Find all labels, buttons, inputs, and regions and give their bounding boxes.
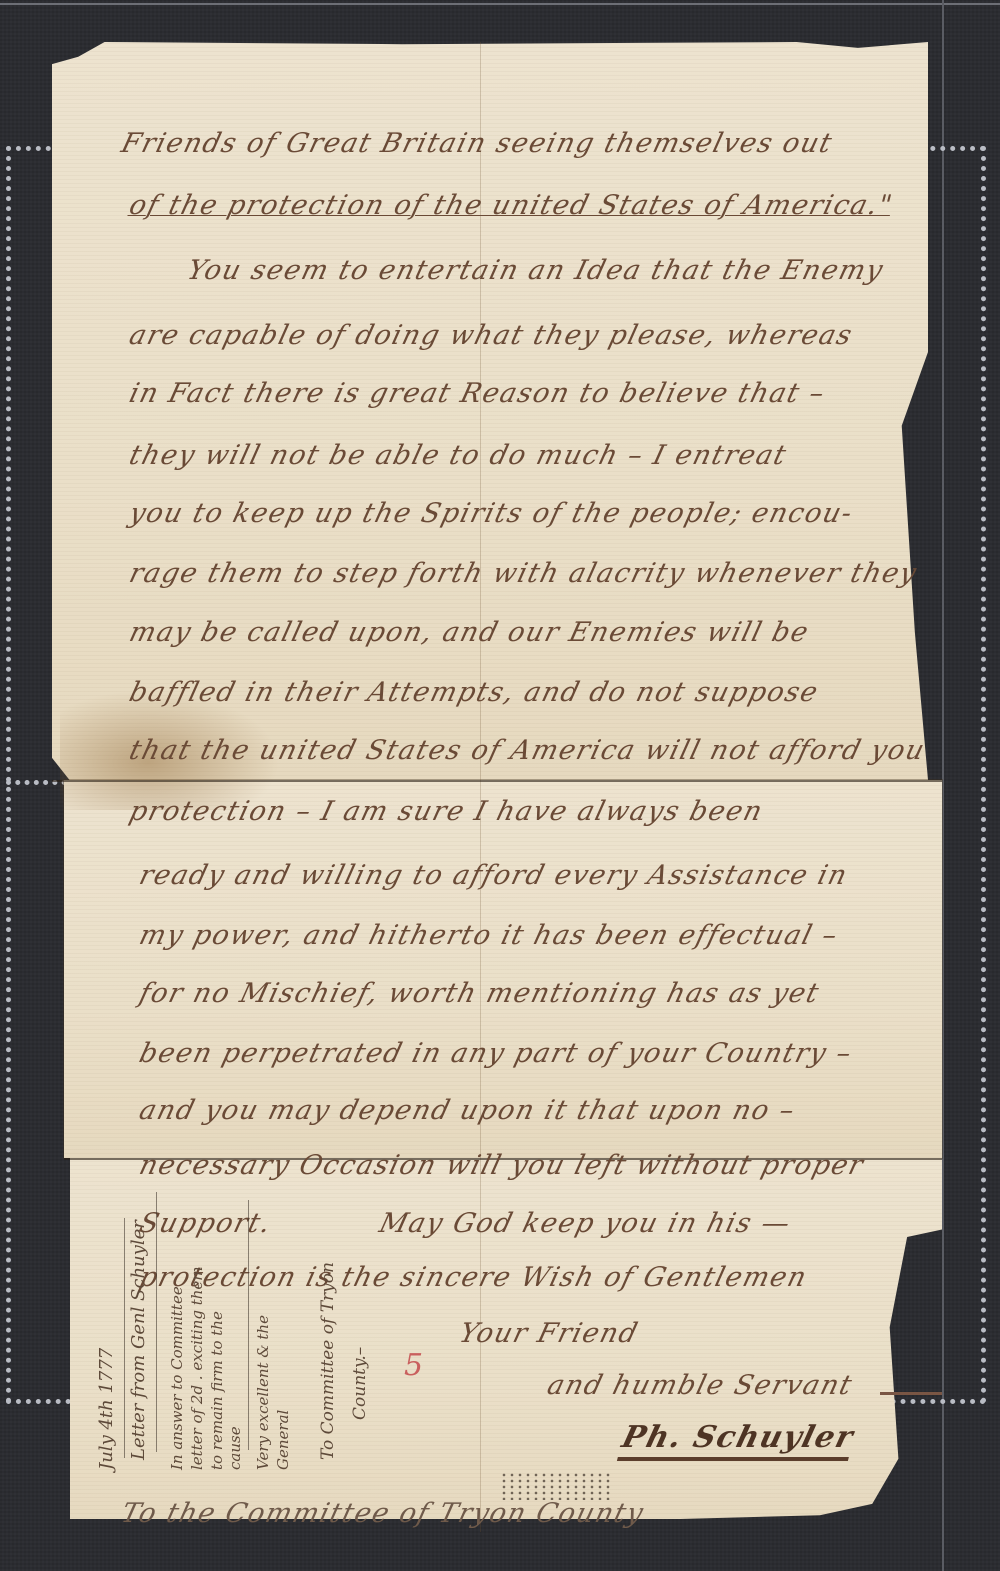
letter-line: in Fact there is great Reason to believe…: [126, 378, 829, 409]
docket-to: To Committee of Tryon: [318, 1262, 338, 1460]
archival-number-mark: 5: [404, 1348, 423, 1383]
letter-line: for no Mischief, worth mentioning has as…: [136, 978, 823, 1009]
letter-line: that the united States of America will n…: [126, 735, 929, 766]
top-rule: [0, 3, 1000, 5]
letter-line: protection is the sincere Wish of Gentle…: [136, 1262, 811, 1293]
docket-summary: Very excellent & the: [254, 1315, 272, 1470]
letter-line: my power, and hitherto it has been effec…: [136, 920, 841, 951]
docket-summary: cause: [226, 1426, 244, 1470]
letter-line: been perpetrated in any part of your Cou…: [136, 1038, 856, 1069]
horizontal-fold-1: [52, 780, 942, 782]
letter-line: Friends of Great Britain seeing themselv…: [118, 128, 836, 159]
docket-summary: General: [274, 1410, 292, 1470]
letter-line: protection – I am sure I have always bee…: [126, 796, 766, 827]
docket-summary: letter of 2d . exciting them: [188, 1266, 206, 1470]
address-line: To the Committee of Tryon County: [118, 1498, 647, 1529]
letter-line: May God keep you in his —: [376, 1208, 794, 1239]
letter-line: of the protection of the united States o…: [126, 190, 896, 221]
signature: Ph. Schuyler: [617, 1420, 858, 1461]
letter-line: You seem to entertain an Idea that the E…: [184, 255, 887, 286]
letter-line: rage them to step forth with alacrity wh…: [126, 558, 920, 589]
docket-rule: [156, 1192, 157, 1452]
letter-line: baffled in their Attempts, and do not su…: [126, 677, 822, 708]
closing-flourish: [880, 1392, 942, 1395]
docket-rule: [124, 1218, 125, 1458]
letter-line: necessary Occasion will you left without…: [136, 1150, 867, 1181]
letter-line: ready and willing to afford every Assist…: [136, 860, 851, 891]
letter-line: they will not be able to do much – I ent…: [126, 440, 790, 471]
letter-line: and you may depend upon it that upon no …: [136, 1095, 799, 1126]
closing-servant: and humble Servant: [544, 1370, 856, 1401]
perforation-holes: [500, 1472, 610, 1500]
closing-salutation: Your Friend: [456, 1318, 642, 1349]
docket-summary: to remain firm to the: [208, 1311, 226, 1470]
docket-date: July 4th 1777: [96, 1348, 117, 1470]
docket-rule: [248, 1200, 249, 1450]
letter-line: are capable of doing what they please, w…: [126, 320, 856, 351]
docket-from: Letter from Genl Schuyler: [128, 1220, 149, 1460]
letter-line: may be called upon, and our Enemies will…: [126, 617, 813, 648]
docket-summary: In answer to Committee: [168, 1286, 186, 1470]
docket-to: County.–: [350, 1347, 370, 1420]
letter-line: you to keep up the Spirits of the people…: [126, 498, 856, 529]
